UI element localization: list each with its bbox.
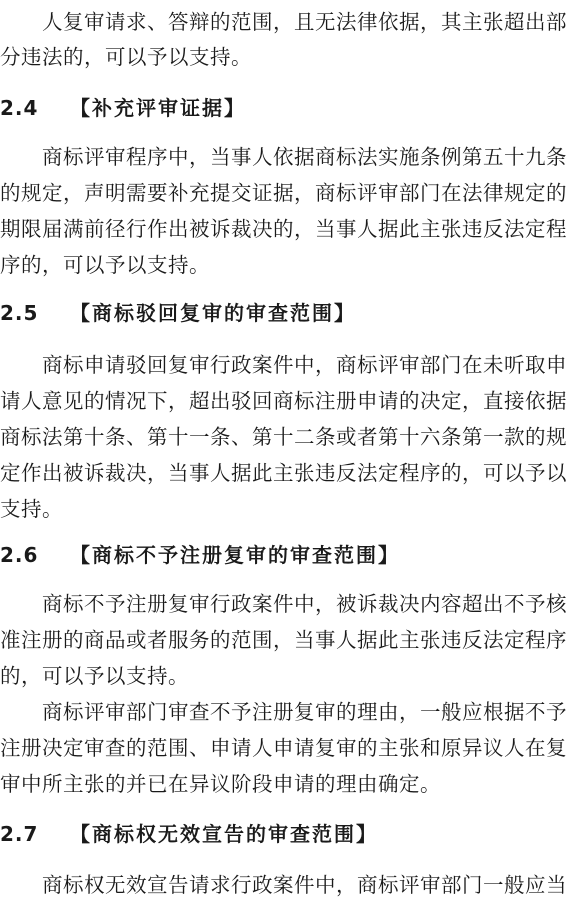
section-title: 【商标不予注册复审的审查范围】 — [70, 543, 400, 567]
paragraph-line: 的，可以予以支持。 — [0, 658, 582, 694]
paragraph-line: 请人意见的情况下，超出驳回商标注册申请的决定，直接依据 — [0, 383, 582, 419]
section-heading-2-5: 2.5【商标驳回复审的审查范围】 — [0, 295, 582, 331]
paragraph-line: 支持。 — [0, 491, 582, 527]
section-number: 2.5 — [0, 295, 70, 331]
paragraph-line: 商标评审程序中，当事人依据商标法实施条例第五十九条 — [42, 139, 582, 175]
section-heading-2-6: 2.6【商标不予注册复审的审查范围】 — [0, 537, 582, 573]
paragraph-line: 商标不予注册复审行政案件中，被诉裁决内容超出不予核 — [42, 586, 582, 622]
section-title: 【补充评审证据】 — [70, 96, 246, 120]
paragraph-line: 序的，可以予以支持。 — [0, 247, 582, 283]
section-heading-2-4: 2.4【补充评审证据】 — [0, 90, 582, 126]
paragraph-line: 期限届满前径行作出被诉裁决的，当事人据此主张违反法定程 — [0, 211, 582, 247]
paragraph-line: 商标法第十条、第十一条、第十二条或者第十六条第一款的规 — [0, 419, 582, 455]
paragraph-line: 商标申请驳回复审行政案件中，商标评审部门在未听取申 — [42, 347, 582, 383]
paragraph-line: 定作出被诉裁决，当事人据此主张违反法定程序的，可以予以 — [0, 455, 582, 491]
section-heading-2-7: 2.7【商标权无效宣告的审查范围】 — [0, 816, 582, 852]
paragraph-line: 商标权无效宣告请求行政案件中，商标评审部门一般应当 — [42, 867, 582, 901]
paragraph-line: 商标评审部门审查不予注册复审的理由，一般应根据不予 — [42, 694, 582, 730]
paragraph-line: 准注册的商品或者服务的范围，当事人据此主张违反法定程序 — [0, 622, 582, 658]
section-number: 2.4 — [0, 90, 70, 126]
paragraph-line: 的规定，声明需要补充提交证据，商标评审部门在法律规定的 — [0, 175, 582, 211]
section-number: 2.7 — [0, 816, 70, 852]
paragraph-line: 注册决定审查的范围、申请人申请复审的主张和原异议人在复 — [0, 730, 582, 766]
section-number: 2.6 — [0, 537, 70, 573]
section-title: 【商标驳回复审的审查范围】 — [70, 301, 356, 325]
section-title: 【商标权无效宣告的审查范围】 — [70, 822, 378, 846]
paragraph-line: 审中所主张的并已在异议阶段申请的理由确定。 — [0, 766, 582, 802]
paragraph-line: 人复审请求、答辩的范围，且无法律依据，其主张超出部 — [42, 4, 582, 40]
paragraph-line: 分违法的，可以予以支持。 — [0, 39, 582, 75]
